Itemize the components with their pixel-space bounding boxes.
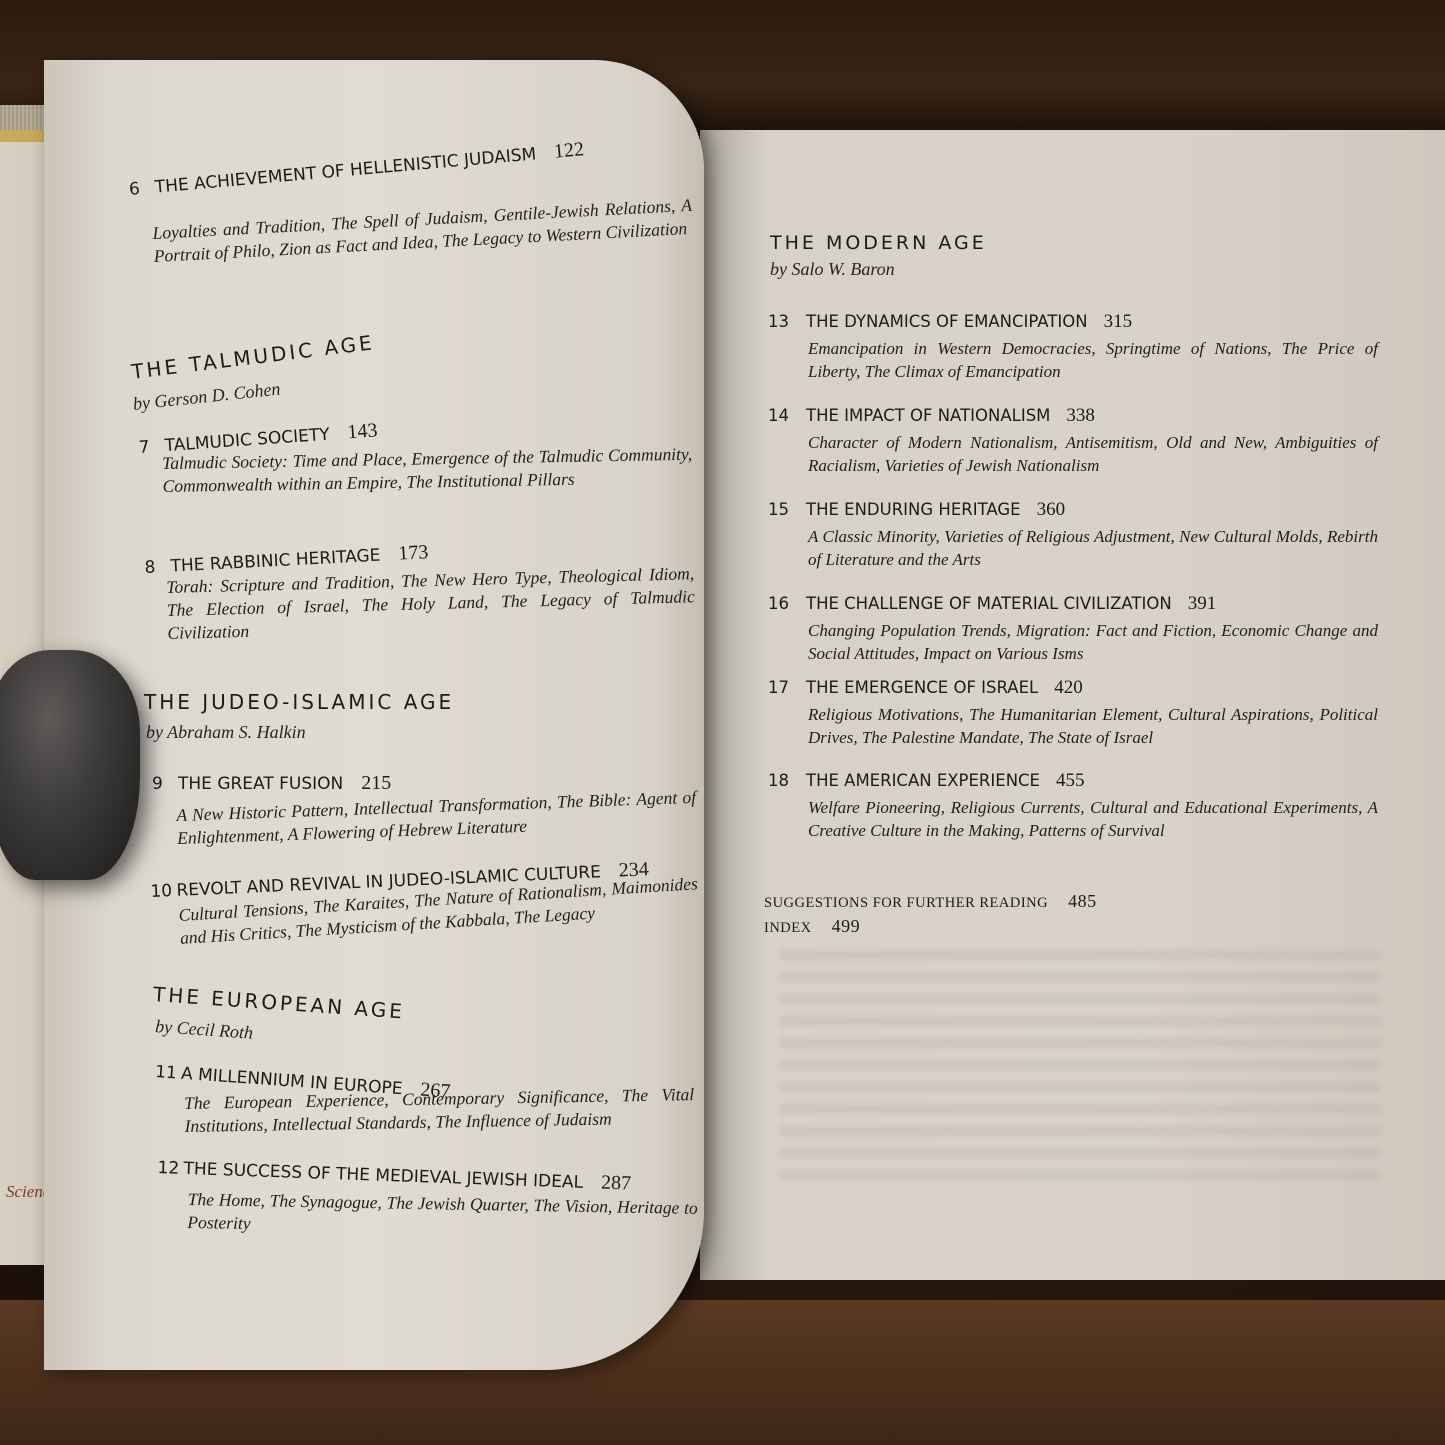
chapter-page: 173 bbox=[398, 541, 429, 566]
chapter-topics: Welfare Pioneering, Religious Currents, … bbox=[808, 796, 1378, 842]
backmatter-entry: SUGGESTIONS FOR FURTHER READING485 bbox=[764, 891, 1097, 912]
chapter-number: 14 bbox=[768, 406, 806, 425]
age-author: by Abraham S. Halkin bbox=[146, 722, 306, 743]
chapter-number: 18 bbox=[768, 771, 806, 790]
chapter-topics: The Home, The Synagogue, The Jewish Quar… bbox=[187, 1188, 698, 1243]
chapter-page: 360 bbox=[1037, 499, 1066, 521]
chapter-title: THE CHALLENGE OF MATERIAL CIVILIZATION bbox=[806, 594, 1172, 613]
backmatter-label: INDEX bbox=[764, 920, 812, 936]
chapter-title: THE DYNAMICS OF EMANCIPATION bbox=[806, 312, 1088, 331]
toc-chapter: 16 THE CHALLENGE OF MATERIAL CIVILIZATIO… bbox=[768, 593, 1378, 665]
chapter-topics: Changing Population Trends, Migration: F… bbox=[808, 619, 1378, 665]
chapter-page: 338 bbox=[1066, 405, 1095, 427]
toc-chapter: 17 THE EMERGENCE OF ISRAEL 420 Religious… bbox=[768, 677, 1378, 749]
chapter-page: 315 bbox=[1104, 311, 1133, 333]
chapter-number: 12 bbox=[157, 1158, 184, 1179]
chapter-topics: Character of Modern Nationalism, Antisem… bbox=[808, 431, 1378, 477]
backmatter-page: 499 bbox=[832, 916, 861, 936]
chapter-title: THE AMERICAN EXPERIENCE bbox=[806, 771, 1040, 790]
chapter-topics: The European Experience, Contemporary Si… bbox=[184, 1083, 695, 1138]
chapter-topics: Torah: Scripture and Tradition, The New … bbox=[166, 562, 696, 645]
toc-chapter: 15 THE ENDURING HERITAGE 360 A Classic M… bbox=[768, 499, 1378, 571]
chapter-page: 143 bbox=[347, 419, 379, 444]
chapter-page: 215 bbox=[361, 772, 391, 795]
chapter-title: THE EMERGENCE OF ISRAEL bbox=[806, 678, 1038, 697]
chapter-page: 420 bbox=[1054, 677, 1083, 699]
chapter-number: 11 bbox=[154, 1062, 181, 1084]
chapter-page: 122 bbox=[553, 138, 585, 164]
chapter-page: 455 bbox=[1056, 770, 1085, 792]
backmatter-page: 485 bbox=[1068, 891, 1097, 911]
toc-chapter: 14 THE IMPACT OF NATIONALISM 338 Charact… bbox=[768, 405, 1378, 477]
chapter-topics: A Classic Minority, Varieties of Religio… bbox=[808, 525, 1378, 571]
show-through-text bbox=[780, 950, 1380, 1180]
chapter-page: 287 bbox=[601, 1171, 632, 1195]
chapter-number: 10 bbox=[150, 881, 177, 902]
chapter-title: THE IMPACT OF NATIONALISM bbox=[806, 406, 1050, 425]
backmatter-entry: INDEX499 bbox=[764, 916, 860, 937]
age-title: THE JUDEO-ISLAMIC AGE bbox=[144, 690, 454, 714]
age-title: THE MODERN AGE bbox=[770, 232, 987, 254]
toc-chapter: 18 THE AMERICAN EXPERIENCE 455 Welfare P… bbox=[768, 770, 1378, 842]
chapter-title: THE ENDURING HERITAGE bbox=[806, 500, 1021, 519]
age-author: by Salo W. Baron bbox=[770, 259, 895, 280]
chapter-number: 6 bbox=[128, 178, 156, 200]
chapter-page: 391 bbox=[1188, 593, 1217, 615]
chapter-number: 8 bbox=[144, 557, 171, 578]
chapter-topics: Emancipation in Western Democracies, Spr… bbox=[808, 337, 1378, 383]
chapter-number: 13 bbox=[768, 312, 806, 331]
chapter-title: THE GREAT FUSION bbox=[178, 774, 343, 794]
rock-paperweight bbox=[0, 650, 140, 880]
toc-chapter: 13 THE DYNAMICS OF EMANCIPATION 315 Eman… bbox=[768, 311, 1378, 383]
backmatter-label: SUGGESTIONS FOR FURTHER READING bbox=[764, 895, 1048, 911]
chapter-topics: Talmudic Society: Time and Place, Emerge… bbox=[162, 443, 693, 498]
chapter-number: 16 bbox=[768, 594, 806, 613]
chapter-number: 17 bbox=[768, 678, 806, 697]
chapter-number: 15 bbox=[768, 500, 806, 519]
chapter-number: 9 bbox=[152, 774, 178, 794]
chapter-topics: Religious Motivations, The Humanitarian … bbox=[808, 703, 1378, 749]
